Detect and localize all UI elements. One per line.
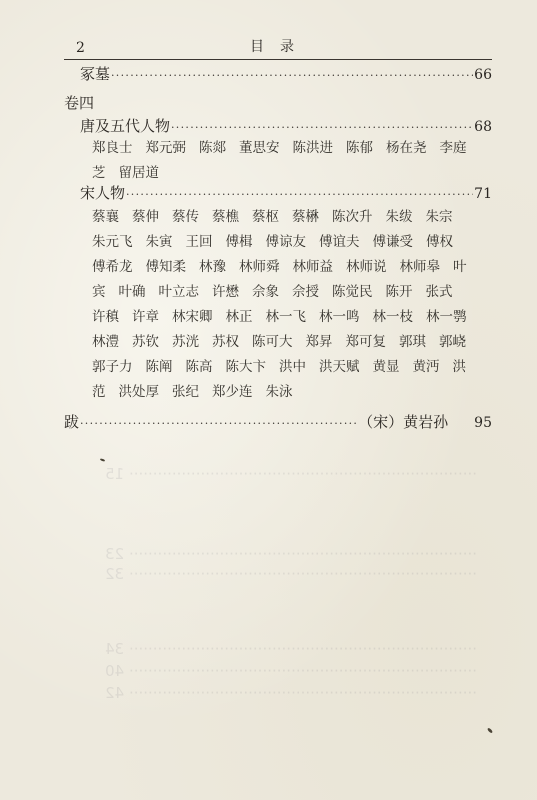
person-name: 林宋卿	[172, 309, 213, 325]
person-name: 叶	[453, 259, 467, 275]
page-number: 2	[76, 40, 85, 56]
toc-entry-page: 66	[474, 65, 492, 85]
paper-speck	[100, 458, 105, 462]
tang-names-list: 郑良士郑元弼陈郯董思安陈洪进陈郁杨在尧李庭 芝留居道	[92, 136, 492, 186]
person-name: 郭子力	[92, 359, 133, 375]
person-name: 陈郁	[346, 140, 373, 156]
person-name: 傅希龙	[92, 259, 133, 275]
names-line: 林澧苏钦苏洸苏权陈可大郑昇郑可复郭琪郭峣	[92, 330, 492, 355]
book-page: ········································…	[0, 0, 537, 800]
person-name: 林豫	[199, 259, 226, 275]
person-name: 蔡伸	[132, 209, 159, 225]
person-name: 洪处厚	[119, 384, 160, 400]
person-name: 董思安	[239, 140, 280, 156]
person-name: 黄沔	[413, 359, 440, 375]
person-name: 苏洸	[172, 334, 199, 350]
person-name: 苏权	[212, 334, 239, 350]
person-name: 芝	[92, 165, 106, 181]
person-name: 叶确	[119, 284, 146, 300]
person-name: 陈洪进	[293, 140, 334, 156]
person-name: 陈大卞	[226, 359, 267, 375]
person-name: 朱宗	[426, 209, 453, 225]
person-name: 朱绂	[386, 209, 413, 225]
person-name: 陈阐	[146, 359, 173, 375]
names-line: 傅希龙傅知柔林豫林师舜林师益林师说林师皋叶	[92, 255, 492, 280]
toc-entry-page: 68	[474, 117, 492, 137]
person-name: 陈次升	[332, 209, 373, 225]
person-name: 傅谦受	[373, 234, 414, 250]
person-name: 杨在尧	[386, 140, 427, 156]
person-name: 傅谊夫	[319, 234, 360, 250]
toc-entry-page: 71	[474, 184, 492, 204]
person-name: 陈觉民	[332, 284, 373, 300]
person-name: 蔡枢	[252, 209, 279, 225]
toc-entry[interactable]: 宋人物 71	[80, 183, 492, 205]
names-line: 蔡襄蔡伸蔡传蔡樵蔡枢蔡楙陈次升朱绂朱宗	[92, 205, 492, 230]
person-name: 张纪	[172, 384, 199, 400]
person-name: 陈可大	[252, 334, 293, 350]
person-name: 林师舜	[239, 259, 280, 275]
person-name: 林一鸣	[319, 309, 360, 325]
dot-leader	[80, 414, 357, 434]
names-line: 郑良士郑元弼陈郯董思安陈洪进陈郁杨在尧李庭	[92, 136, 492, 161]
person-name: 林一枝	[373, 309, 414, 325]
toc-entry[interactable]: 唐及五代人物 68	[80, 116, 492, 138]
running-title: 目录	[250, 36, 310, 56]
person-name: 李庭	[440, 140, 467, 156]
names-line: 许稹许章林宋卿林正林一飞林一鸣林一枝林一鹗	[92, 305, 492, 330]
person-name: 郑昇	[306, 334, 333, 350]
person-name: 林一鹗	[426, 309, 467, 325]
names-line: 郭子力陈阐陈高陈大卞洪中洪天赋黄显黄沔洪	[92, 355, 492, 380]
person-name: 郭峣	[439, 334, 466, 350]
person-name: 张式	[426, 284, 453, 300]
person-name: 许懋	[212, 284, 239, 300]
person-name: 蔡楙	[292, 209, 319, 225]
person-name: 林师皋	[400, 259, 441, 275]
person-name: 郑少连	[212, 384, 253, 400]
dot-leader	[111, 66, 473, 86]
person-name: 傅楫	[226, 234, 253, 250]
person-name: 佘象	[252, 284, 279, 300]
person-name: 宾	[92, 284, 106, 300]
toc-entry-author: （宋）黄岩孙	[358, 412, 448, 432]
person-name: 黄显	[373, 359, 400, 375]
person-name: 王回	[186, 234, 213, 250]
person-name: 许章	[132, 309, 159, 325]
person-name: 范	[92, 384, 106, 400]
person-name: 洪天赋	[319, 359, 360, 375]
toc-entry[interactable]: 跋 （宋）黄岩孙 95	[64, 412, 492, 434]
person-name: 林师说	[346, 259, 387, 275]
names-line: 范洪处厚张纪郑少连朱泳	[92, 380, 492, 405]
dot-leader	[171, 118, 473, 138]
person-name: 林正	[226, 309, 253, 325]
person-name: 苏钦	[132, 334, 159, 350]
person-name: 傅权	[426, 234, 453, 250]
person-name: 陈高	[186, 359, 213, 375]
person-name: 陈开	[386, 284, 413, 300]
person-name: 叶立志	[159, 284, 200, 300]
person-name: 林澧	[92, 334, 119, 350]
person-name: 许稹	[92, 309, 119, 325]
paper-speck	[487, 727, 493, 733]
dot-leader	[126, 185, 473, 205]
person-name: 朱元飞	[92, 234, 133, 250]
song-names-list: 蔡襄蔡伸蔡传蔡樵蔡枢蔡楙陈次升朱绂朱宗 朱元飞朱寅王回傅楫傅谅友傅谊夫傅谦受傅权…	[92, 205, 492, 405]
person-name: 傅谅友	[266, 234, 307, 250]
person-name: 陈郯	[199, 140, 226, 156]
names-line: 朱元飞朱寅王回傅楫傅谅友傅谊夫傅谦受傅权	[92, 230, 492, 255]
person-name: 留居道	[119, 165, 160, 181]
person-name: 洪中	[279, 359, 306, 375]
person-name: 郭琪	[399, 334, 426, 350]
person-name: 蔡襄	[92, 209, 119, 225]
person-name: 朱寅	[146, 234, 173, 250]
page-header: 2 目录	[64, 32, 492, 58]
toc-entry[interactable]: 冢墓 66	[80, 64, 492, 86]
person-name: 林师益	[293, 259, 334, 275]
person-name: 林一飞	[266, 309, 307, 325]
header-rule	[64, 59, 492, 60]
person-name: 郑可复	[346, 334, 387, 350]
person-name: 傅知柔	[146, 259, 187, 275]
names-line: 宾叶确叶立志许懋佘象佘授陈觉民陈开张式	[92, 280, 492, 305]
toc-entry-label: 冢墓	[80, 64, 110, 84]
person-name: 洪	[453, 359, 467, 375]
person-name: 郑良士	[92, 140, 133, 156]
toc-entry-label: 唐及五代人物	[80, 116, 170, 136]
toc-entry-label: 跋	[64, 412, 79, 432]
person-name: 佘授	[292, 284, 319, 300]
person-name: 朱泳	[266, 384, 293, 400]
toc-entry-page: 95	[474, 413, 492, 433]
volume-heading: 卷四	[64, 92, 94, 113]
toc-entry-label: 宋人物	[80, 183, 125, 203]
person-name: 蔡樵	[212, 209, 239, 225]
person-name: 蔡传	[172, 209, 199, 225]
person-name: 郑元弼	[146, 140, 187, 156]
